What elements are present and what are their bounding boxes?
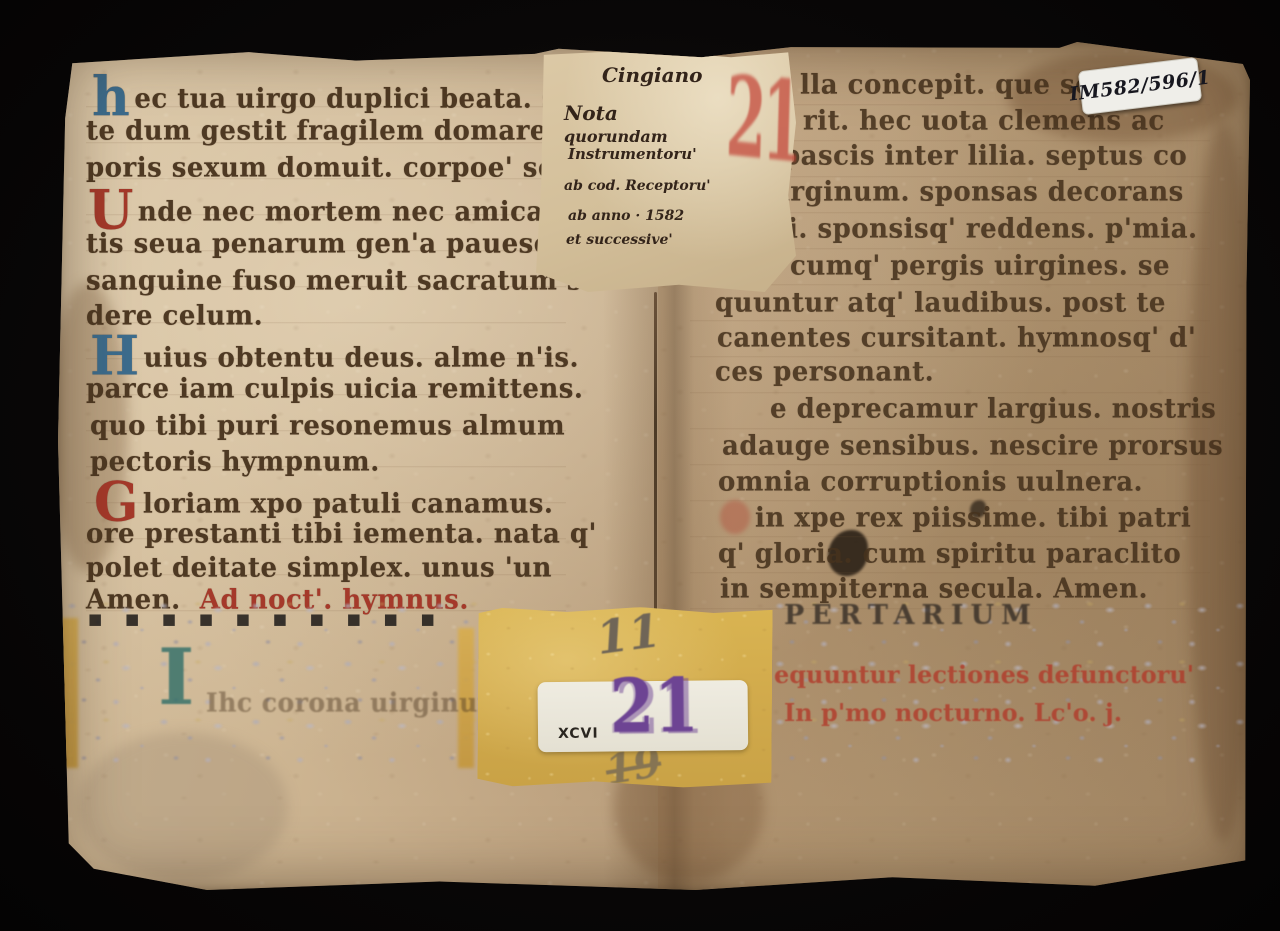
drop-cap: H xyxy=(90,336,140,377)
band-faded-text: Ihc corona uirginum xyxy=(206,687,505,717)
text-line: parce iam culpis uicia remittens. xyxy=(86,373,583,404)
text-line: pascis inter lilia. septus co xyxy=(782,140,1187,171)
text-line: ces personant. xyxy=(715,356,934,387)
drop-cap: h xyxy=(92,77,130,118)
drop-cap: G xyxy=(94,482,139,523)
gold-streak xyxy=(60,618,78,768)
text-line: poris sexum domuit. corpoe' sec xyxy=(86,152,571,183)
note-line: Cingiano xyxy=(602,63,702,87)
text-line: canentes cursitant. hymnosq' d' xyxy=(717,322,1196,353)
note-line: Nota xyxy=(564,101,618,125)
note-line: ab anno · 1582 xyxy=(568,208,684,224)
red-chalk-number: 21 xyxy=(724,52,800,188)
text-line: sanguine fuso meruit sacratum sc xyxy=(86,265,598,296)
text-line: quo tibi puri resonemus almum xyxy=(90,410,565,441)
text-line: Gloriam xpo patuli canamus. xyxy=(94,482,553,523)
pencil-number-top: 11 xyxy=(593,603,664,665)
text-line: e deprecamur largius. nostris xyxy=(770,393,1216,424)
bottom-damaged-band: ■ ■ ■ ■ ■ ■ ■ ■ ■ ■ I Ihc corona uirginu… xyxy=(58,598,1250,788)
text-line: hec tua uirgo duplici beata. sor xyxy=(92,77,589,118)
band-initial: I xyxy=(158,632,195,723)
shelfmark-text: IM582/596/1 xyxy=(1068,66,1211,105)
text-line: tis seua penarum gen'a pauesce xyxy=(86,228,567,259)
band-capitals: PERTARIUM xyxy=(784,600,1038,631)
left-page-text: hec tua uirgo duplici beata. sor te dum … xyxy=(86,72,566,632)
text-line: in xpe rex piissime. tibi patri xyxy=(755,502,1191,533)
text-line: te dum gestit fragilem domare. xyxy=(86,115,557,146)
note-line: et successive' xyxy=(566,232,673,248)
text-line: omnia corruptionis uulnera. xyxy=(718,466,1143,497)
text-line: Huius obtentu deus. alme n'is. xyxy=(90,336,579,377)
conservation-tape: 11 19 21 XCVI xyxy=(477,606,772,788)
band-rubric-line: In p'mo nocturno. Lc'o. j. xyxy=(784,698,1122,727)
stitching-slit xyxy=(654,292,657,622)
text-line: adauge sensibus. nescire prorsus xyxy=(722,430,1223,461)
text-line: polet deitate simplex. unus 'un xyxy=(86,552,552,583)
text-line: cumq' pergis uirgines. se xyxy=(790,250,1170,281)
band-rubric-line: equuntur lectiones defunctoru' xyxy=(774,660,1194,689)
inventory-sticker: 21 XCVI xyxy=(538,680,749,752)
text-line: i. sponsisq' reddens. p'mia. xyxy=(788,213,1198,244)
note-line: Instrumentoru' xyxy=(568,145,697,163)
drop-cap: U xyxy=(88,190,134,231)
parchment: hec tua uirgo duplici beata. sor te dum … xyxy=(58,42,1250,890)
text-line: q' gloria. cum spiritu paraclito xyxy=(718,538,1181,569)
neume-squares: ■ ■ ■ ■ ■ ■ ■ ■ ■ ■ xyxy=(88,610,444,628)
sticker-code: XCVI xyxy=(558,726,599,742)
text-line: irginum. sponsas decorans xyxy=(780,176,1184,207)
manuscript-photo: hec tua uirgo duplici beata. sor te dum … xyxy=(0,0,1280,931)
stamp-number: 21 xyxy=(609,663,699,750)
text-line: ore prestanti tibi iementa. nata q' xyxy=(86,518,597,549)
text-line: quuntur atq' laudibus. post te xyxy=(715,287,1166,318)
faded-red-initial xyxy=(720,500,750,534)
note-line: quorundam xyxy=(564,127,668,146)
note-line: ab cod. Receptoru' xyxy=(564,178,711,194)
text-line: Unde nec mortem nec amica m xyxy=(88,190,581,231)
